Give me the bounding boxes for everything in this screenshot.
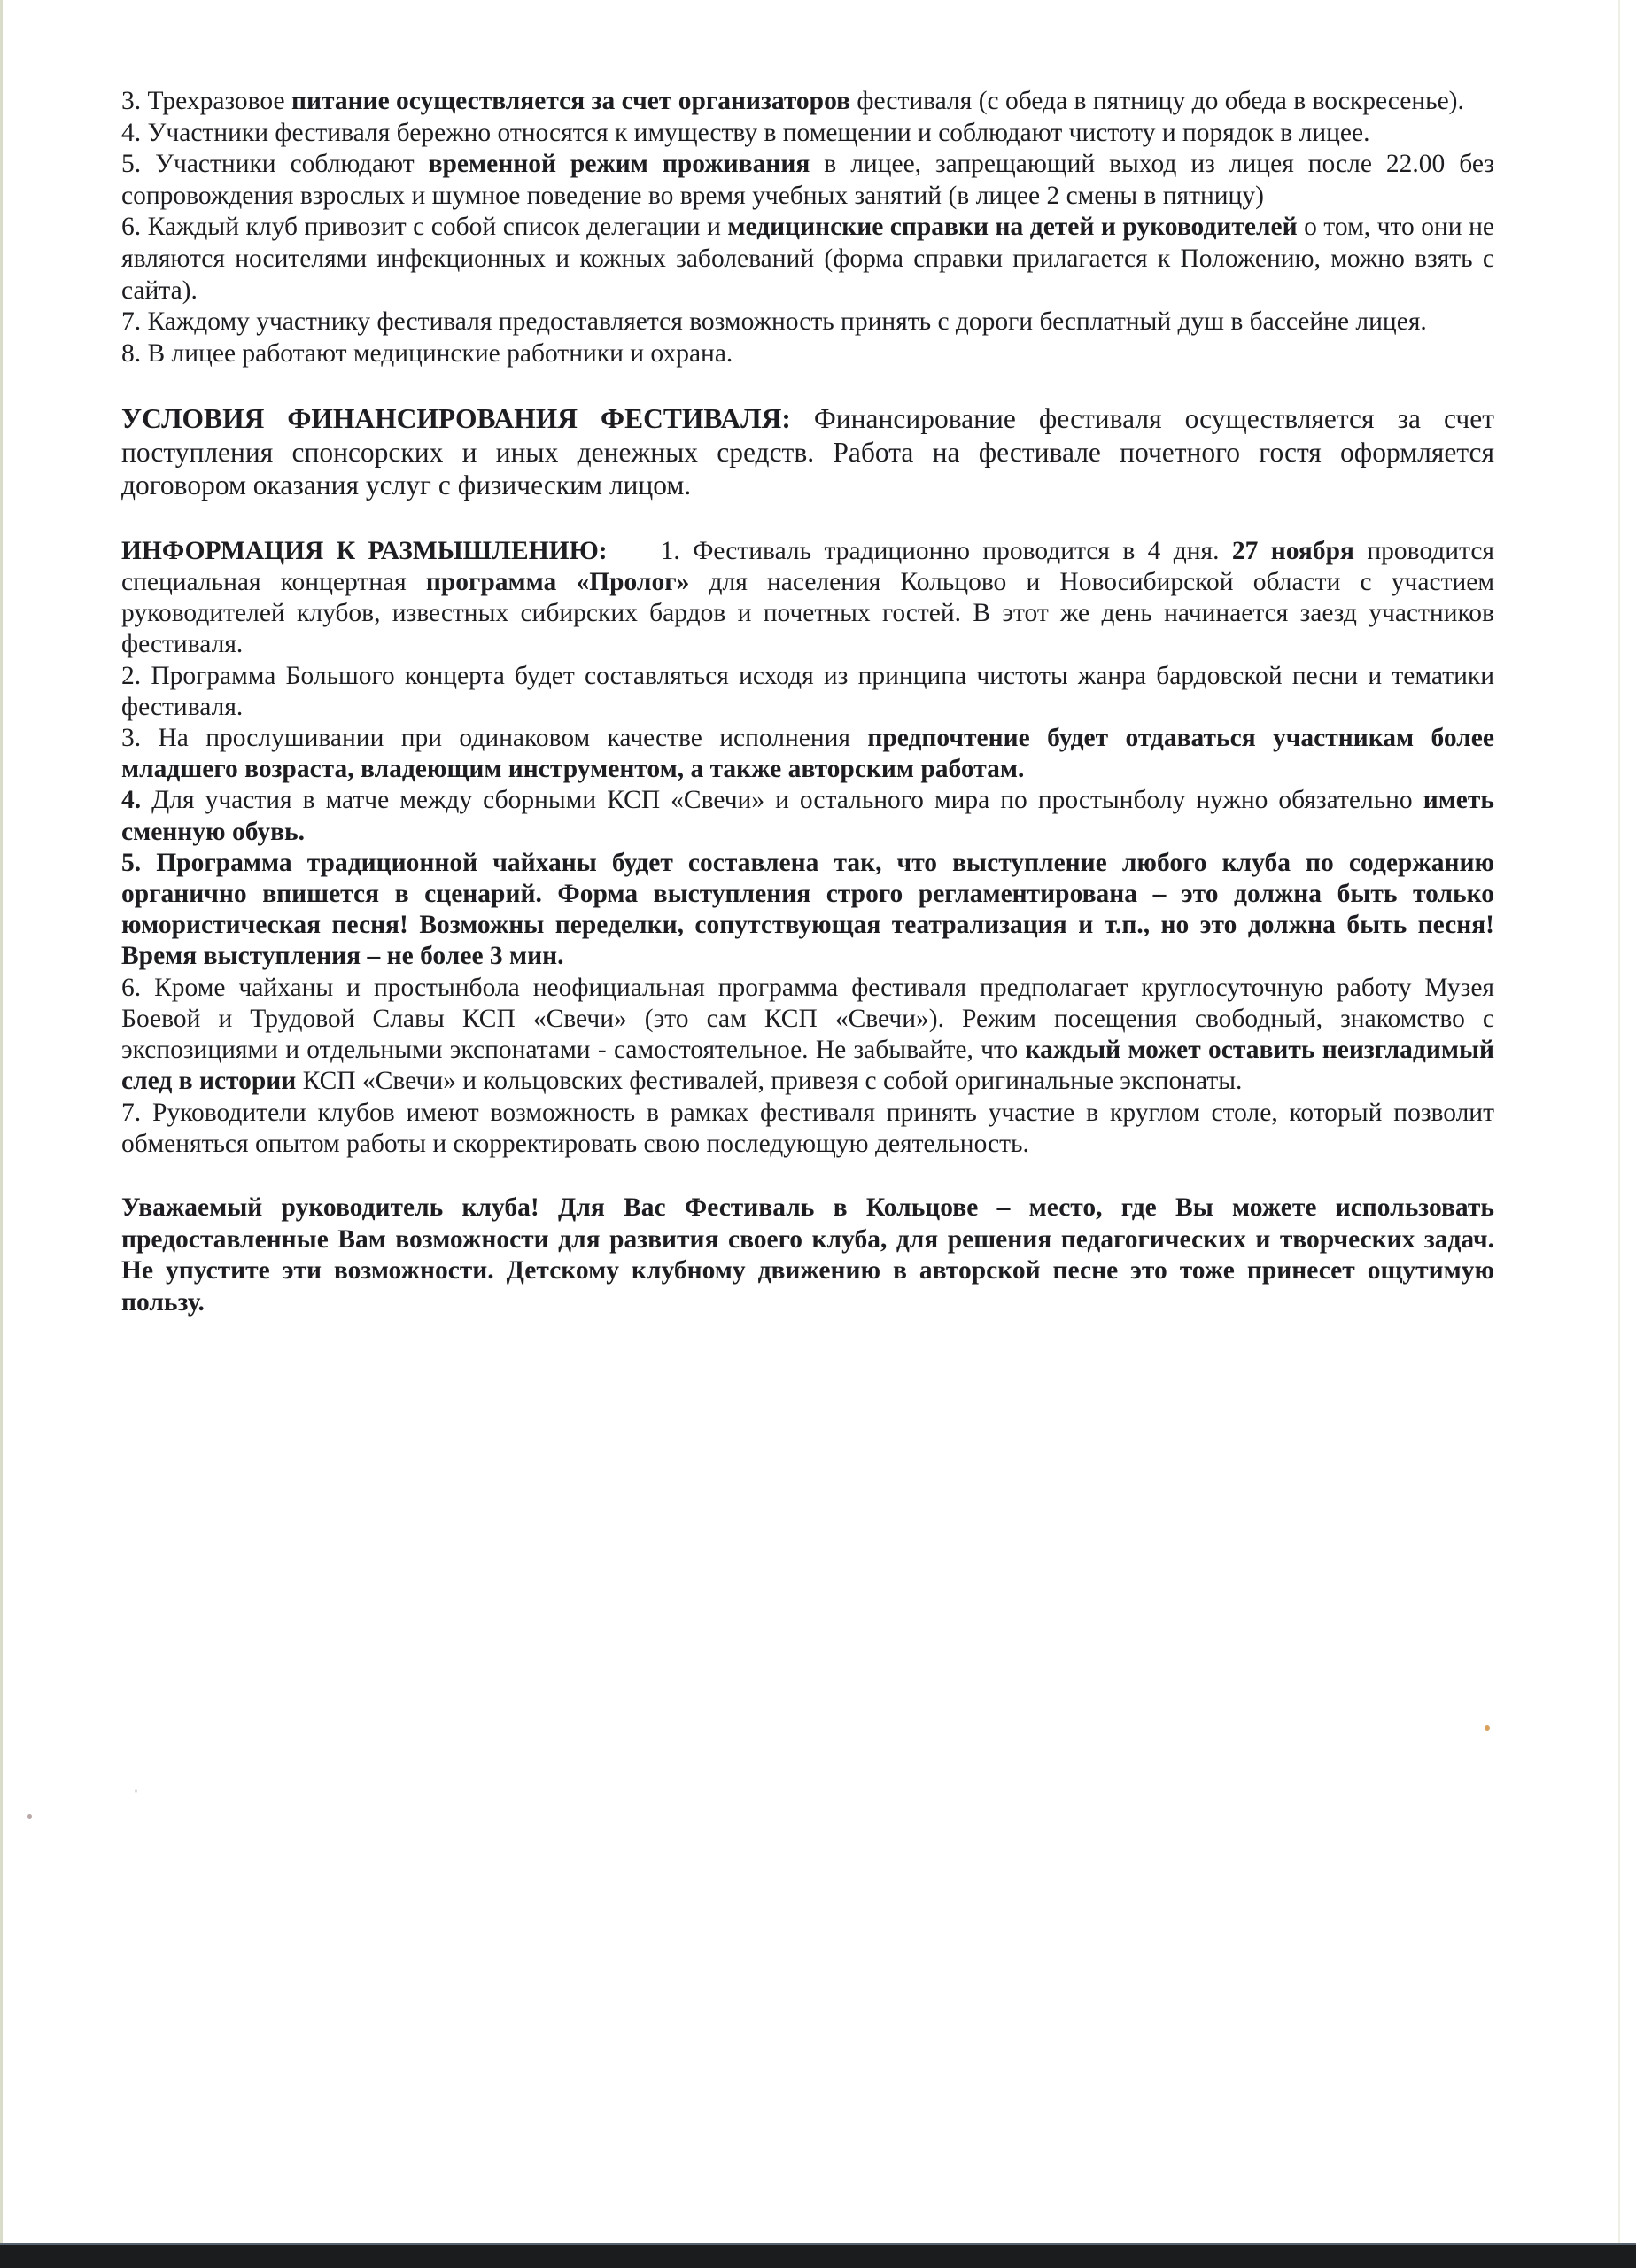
info-section: ИНФОРМАЦИЯ К РАЗМЫШЛЕНИЮ:1. Фестиваль тр… [121,536,1494,1160]
item-number: 1. [661,537,680,565]
item-text: Каждый клуб привозит с собой список деле… [141,213,727,241]
financing-paragraph: УСЛОВИЯ ФИНАНСИРОВАНИЯ ФЕСТИВАЛЯ: Финанс… [121,402,1494,502]
list-item: 7. Каждому участнику фестиваля предостав… [121,307,1494,338]
emphasized-text: питание осуществляется за счет организат… [291,87,850,115]
list-item: 6. Каждый клуб привозит с собой список д… [121,212,1494,307]
item-text: Трехразовое [141,87,291,115]
list-item: 8. В лицее работают медицинские работник… [121,338,1494,370]
item-text: Фестиваль традиционно проводится в 4 дня… [680,537,1232,565]
list-item: 3. Трехразовое питание осуществляется за… [121,86,1494,118]
item-number: 6. [121,974,141,1002]
item-number: 5. [121,849,141,877]
item-text: Руководители клубов имеют возможность в … [121,1099,1494,1158]
section-heading: УСЛОВИЯ ФИНАНСИРОВАНИЯ ФЕСТИВАЛЯ: [121,403,791,434]
item-text: КСП «Свечи» и кольцовских фестивалей, пр… [296,1067,1242,1095]
emphasized-text: программа «Пролог» [426,568,690,596]
item-number: 6. [121,213,141,241]
emphasized-text: временной режим проживания [429,150,810,178]
living-conditions-section: 3. Трехразовое питание осуществляется за… [121,86,1494,369]
item-number: 5. [121,150,141,178]
emphasized-text: 27 ноября [1232,537,1354,565]
item-text: Программа Большого концерта будет состав… [121,662,1494,721]
list-item: 4. Участники фестиваля бережно относятся… [121,118,1494,150]
scan-page-edge-right [1618,0,1620,2243]
item-number: 7. [121,1099,141,1127]
list-item: ИНФОРМАЦИЯ К РАЗМЫШЛЕНИЮ:1. Фестиваль тр… [121,536,1494,661]
item-number: 4. [121,119,141,147]
scan-speck [27,1814,32,1819]
item-text: Участники соблюдают [141,150,428,178]
item-number: 4. [121,786,141,814]
list-item: 4. Для участия в матче между сборными КС… [121,785,1494,847]
item-text: Для участия в матче между сборными КСП «… [141,786,1423,814]
scan-page-edge-left [0,0,3,2243]
closing-section: Уважаемый руководитель клуба! Для Вас Фе… [121,1192,1494,1318]
list-item: 3. На прослушивании при одинаковом качес… [121,723,1494,785]
closing-paragraph: Уважаемый руководитель клуба! Для Вас Фе… [121,1192,1494,1318]
item-text: В лицее работают медицинские работники и… [141,339,733,368]
list-item: 5. Участники соблюдают временной режим п… [121,149,1494,212]
list-item: 7. Руководители клубов имеют возможность… [121,1098,1494,1160]
item-number: 3. [121,87,141,115]
item-number: 7. [121,307,141,336]
item-text: На прослушивании при одинаковом качестве… [141,724,867,752]
list-item: 5. Программа традиционной чайханы будет … [121,848,1494,973]
financing-section: УСЛОВИЯ ФИНАНСИРОВАНИЯ ФЕСТИВАЛЯ: Финанс… [121,402,1494,502]
scan-speck [1485,1725,1490,1731]
emphasized-text: медицинские справки на детей и руководит… [727,213,1297,241]
scan-speck [135,1789,137,1793]
item-number: 3. [121,724,141,752]
item-number: 8. [121,339,141,368]
emphasized-text: Программа традиционной чайханы будет сос… [121,849,1494,971]
scanner-edge-bar [0,2243,1636,2268]
item-text: Участники фестиваля бережно относятся к … [141,119,1369,147]
item-text: Каждому участнику фестиваля предоставляе… [141,307,1427,336]
list-item: 6. Кроме чайханы и простынбола неофициал… [121,973,1494,1098]
section-heading: ИНФОРМАЦИЯ К РАЗМЫШЛЕНИЮ: [121,537,608,565]
list-item: 2. Программа Большого концерта будет сос… [121,661,1494,723]
document-body: 3. Трехразовое питание осуществляется за… [121,86,1494,1318]
item-number: 2. [121,662,141,690]
item-text: фестиваля (с обеда в пятницу до обеда в … [850,87,1464,115]
